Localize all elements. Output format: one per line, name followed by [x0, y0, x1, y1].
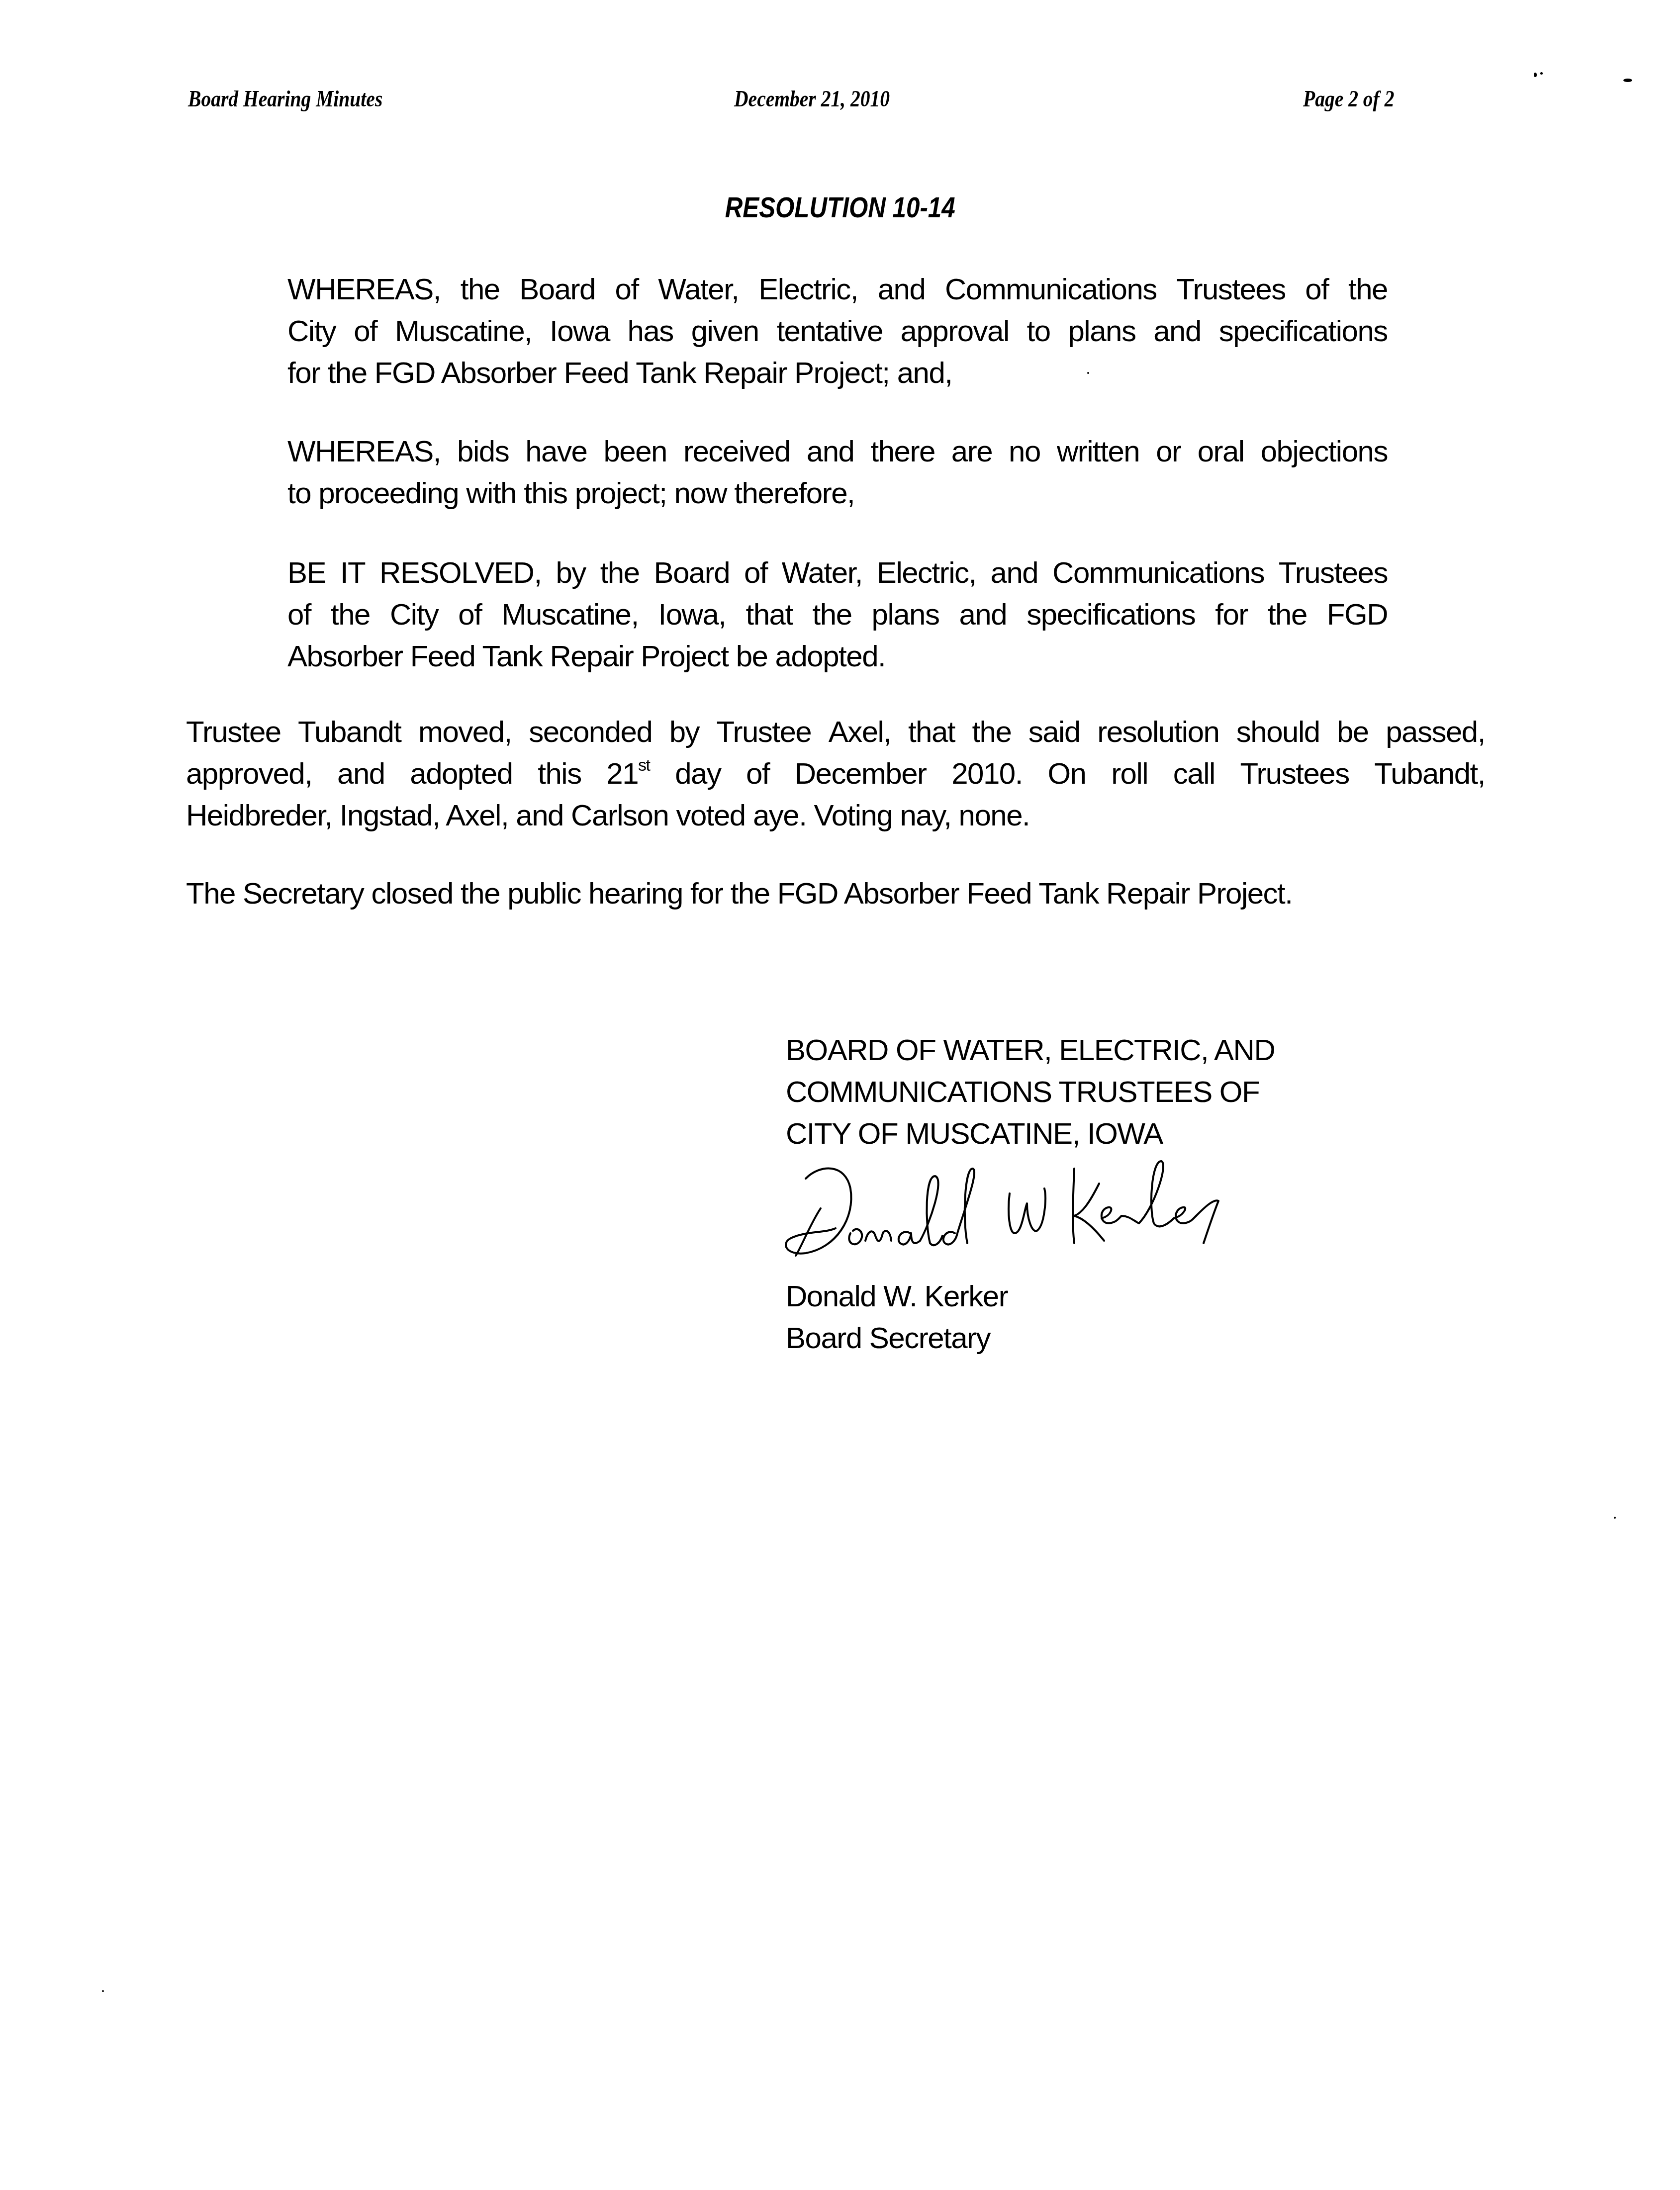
word: day	[675, 753, 721, 795]
word: plans	[872, 594, 939, 636]
paragraph-line: to proceeding with this project; now the…	[287, 472, 1388, 514]
word: BE	[287, 552, 326, 594]
ordinal-suffix: st	[638, 756, 650, 775]
word: Communications	[1052, 552, 1264, 594]
word: approved,	[186, 753, 312, 795]
word: Trustee	[717, 711, 812, 753]
word: City	[390, 594, 438, 636]
word: Board	[519, 269, 595, 310]
scan-speck	[1623, 79, 1632, 82]
word: approval	[901, 310, 1009, 352]
word: IT	[340, 552, 365, 594]
paragraph-line: Absorber Feed Tank Repair Project be ado…	[287, 636, 1388, 677]
word: for	[1215, 594, 1248, 636]
word: seconded	[529, 711, 652, 753]
word: there	[871, 431, 935, 472]
signatory-title: Board Secretary	[786, 1317, 1008, 1359]
word: the	[1268, 594, 1307, 636]
word: Iowa	[550, 310, 610, 352]
word: the	[1348, 269, 1388, 310]
header-page-number: Page 2 of 2	[1303, 86, 1394, 112]
word: Board	[653, 552, 730, 594]
paragraph-line: for the FGD Absorber Feed Tank Repair Pr…	[287, 352, 1388, 394]
word: adopted	[410, 753, 512, 795]
word: 2010.	[951, 753, 1023, 795]
word: by	[556, 552, 585, 594]
word: be	[1337, 711, 1369, 753]
word: of	[354, 310, 377, 352]
word: Muscatine,	[395, 310, 532, 352]
word: On	[1047, 753, 1086, 795]
scan-speck	[1534, 73, 1537, 77]
word: Electric,	[877, 552, 976, 594]
resolution-title: RESOLUTION 10-14	[126, 191, 1554, 224]
scan-speck	[1540, 72, 1543, 75]
word: bids	[457, 431, 509, 472]
word: objections	[1261, 431, 1388, 472]
word: roll	[1111, 753, 1148, 795]
word: of	[746, 753, 769, 795]
word: has	[628, 310, 673, 352]
word: of	[1305, 269, 1328, 310]
word: that	[746, 594, 793, 636]
signature-org-line: BOARD OF WATER, ELECTRIC, AND	[786, 1029, 1275, 1071]
paragraph-line: WHEREAS,bidshavebeenreceivedandtherearen…	[287, 431, 1388, 472]
word: this	[538, 753, 581, 795]
word: the	[461, 269, 500, 310]
word: Trustee	[186, 711, 281, 753]
header-document-title: Board Hearing Minutes	[188, 86, 382, 112]
closing-statement: The Secretary closed the public hearing …	[186, 873, 1292, 914]
word: and	[337, 753, 385, 795]
word: WHEREAS,	[287, 269, 441, 310]
word: Iowa,	[658, 594, 726, 636]
word: Water,	[782, 552, 862, 594]
word: are	[951, 431, 992, 472]
word: been	[603, 431, 666, 472]
word: RESOLVED,	[379, 552, 542, 594]
word: the	[813, 594, 852, 636]
signature-block: BOARD OF WATER, ELECTRIC, AND COMMUNICAT…	[786, 1029, 1275, 1155]
word: should	[1236, 711, 1320, 753]
paragraph-line: TrusteeTubandtmoved,secondedbyTrusteeAxe…	[186, 711, 1485, 753]
paragraph-line: oftheCityofMuscatine,Iowa,thattheplansan…	[287, 594, 1388, 636]
word: and	[807, 431, 854, 472]
word: and	[991, 552, 1038, 594]
scan-speck	[102, 1990, 104, 1992]
word: no	[1009, 431, 1040, 472]
scan-speck	[1614, 1517, 1616, 1519]
handwritten-signature	[776, 1149, 1323, 1263]
paragraph-line: approved,andadoptedthis21stdayofDecember…	[186, 753, 1485, 795]
word: written	[1057, 431, 1139, 472]
paragraph-line: Heidbreder, Ingstad, Axel, and Carlson v…	[186, 795, 1485, 836]
resolved-paragraph: BEITRESOLVED,bytheBoardofWater,Electric,…	[287, 552, 1388, 677]
paragraph-line: BEITRESOLVED,bytheBoardofWater,Electric,…	[287, 552, 1388, 594]
word: the	[600, 552, 640, 594]
word: Tubandt,	[1374, 753, 1485, 795]
word: specifications	[1219, 310, 1388, 352]
word: of	[458, 594, 481, 636]
word: or	[1156, 431, 1181, 472]
word: of	[615, 269, 639, 310]
word: City	[287, 310, 336, 352]
word: tentative	[776, 310, 882, 352]
word: FGD	[1327, 594, 1388, 636]
word: the	[972, 711, 1011, 753]
signatory-block: Donald W. Kerker Board Secretary	[786, 1276, 1008, 1359]
word: call	[1173, 753, 1215, 795]
word: Trustees	[1176, 269, 1285, 310]
signature-org-line: COMMUNICATIONS TRUSTEES OF	[786, 1071, 1275, 1113]
word: Communications	[945, 269, 1157, 310]
word: Electric,	[758, 269, 858, 310]
word: said	[1028, 711, 1080, 753]
word: oral	[1198, 431, 1244, 472]
word: and	[1153, 310, 1201, 352]
word: Trustees	[1240, 753, 1349, 795]
paragraph-line: CityofMuscatine,Iowahasgivententativeapp…	[287, 310, 1388, 352]
word: and	[878, 269, 926, 310]
word: of	[744, 552, 767, 594]
word: Water,	[658, 269, 739, 310]
word: Axel,	[829, 711, 891, 753]
word: Tubandt	[298, 711, 401, 753]
whereas-paragraph-2: WHEREAS,bidshavebeenreceivedandtherearen…	[287, 431, 1388, 514]
word: to	[1027, 310, 1050, 352]
word: 21st	[606, 753, 650, 795]
signatory-name: Donald W. Kerker	[786, 1276, 1008, 1317]
motion-paragraph: TrusteeTubandtmoved,secondedbyTrusteeAxe…	[186, 711, 1485, 836]
header-date: December 21, 2010	[734, 86, 890, 112]
word: by	[669, 711, 699, 753]
word: and	[959, 594, 1007, 636]
word: given	[691, 310, 759, 352]
word: December	[795, 753, 927, 795]
word: passed,	[1386, 711, 1485, 753]
word: specifications	[1027, 594, 1195, 636]
paragraph-line: WHEREAS,theBoardofWater,Electric,andComm…	[287, 269, 1388, 310]
word: received	[683, 431, 790, 472]
word: Trustees	[1279, 552, 1388, 594]
word: plans	[1068, 310, 1135, 352]
word: the	[331, 594, 370, 636]
word: of	[287, 594, 311, 636]
word: Muscatine,	[501, 594, 638, 636]
word: have	[525, 431, 587, 472]
word: WHEREAS,	[287, 431, 441, 472]
word: resolution	[1097, 711, 1219, 753]
word: that	[908, 711, 955, 753]
whereas-paragraph-1: WHEREAS,theBoardofWater,Electric,andComm…	[287, 269, 1388, 394]
word: moved,	[418, 711, 512, 753]
